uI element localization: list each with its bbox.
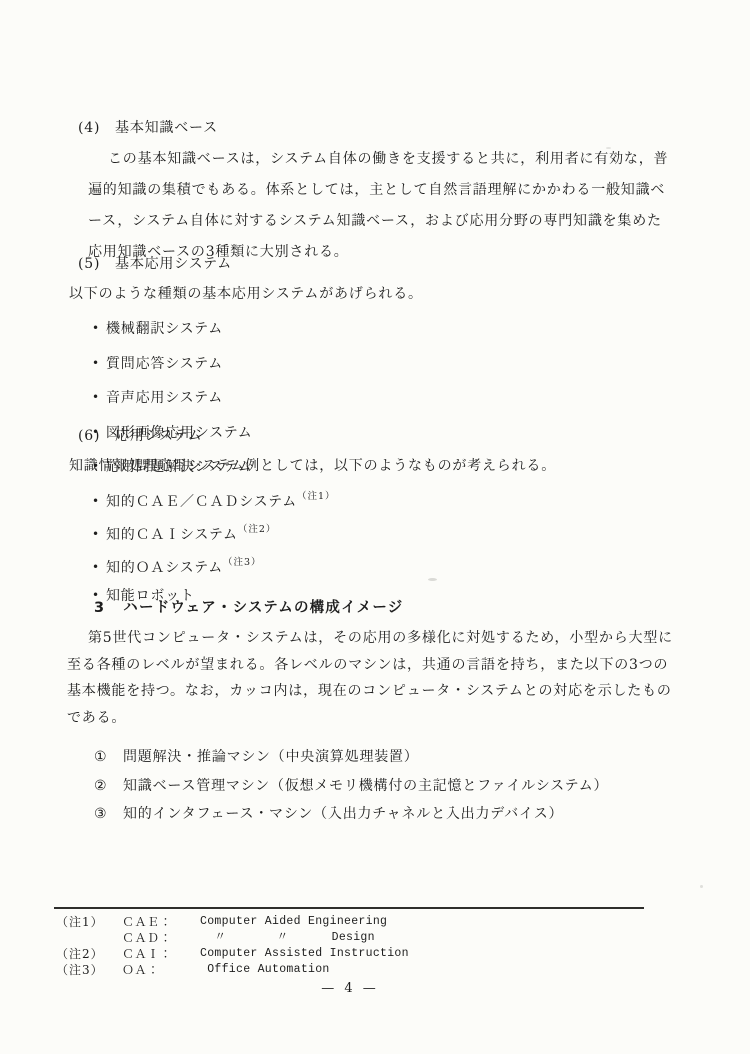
footnote-term: ＣＡＩ： (122, 946, 200, 962)
list-item-label: 音声応用システム (106, 390, 223, 406)
list-item: •質問応答システム (92, 347, 704, 382)
paragraph-line: ース，システム自体に対するシステム知識ベース，および応用分野の専門知識を集めた (88, 206, 704, 237)
footnote-label: （注2） (56, 946, 122, 962)
list-item-label: 知的ＣＡＥ／ＣＡＤシステム (106, 494, 297, 510)
section-5-lead: 以下のような種類の基本応用システムがあげられる。 (69, 280, 704, 309)
page-number: — 4 — (0, 981, 700, 996)
footnote-row: （注2） ＣＡＩ： Computer Assisted Instruction (56, 946, 409, 962)
numbered-item-label: 問題解決・推論マシン（中央演算処理装置） (123, 749, 419, 765)
footnote-reference: （注1） (297, 491, 336, 502)
list-item: •音声応用システム (92, 381, 704, 416)
numbered-item-label: 知識ベース管理マシン（仮想メモリ機構付の主記憶とファイルシステム） (123, 778, 608, 794)
footnote-label: （注3） (56, 962, 122, 978)
footnote-row: （注3） ＯＡ： Office Automation (56, 962, 409, 978)
paragraph-line: 第5世代コンピュータ・システムは，その応用の多様化に対処するため，小型から大型に (88, 625, 714, 652)
paragraph-line: この基本知識ベースは，システム自体の働きを支援すると共に，利用者に有効な，普 (108, 144, 704, 175)
section-4-heading: (4) 基本知識ベース (78, 112, 704, 144)
footnote-label: （注1） (56, 914, 122, 930)
footnote-definition: Office Automation (200, 962, 330, 978)
footnote-label (56, 930, 122, 946)
bullet-icon: • (92, 381, 106, 415)
bullet-icon: • (92, 347, 106, 381)
bullet-list: •知的ＣＡＥ／ＣＡＤシステム（注1） •知的ＣＡＩシステム（注2） •知的ＯＡシ… (64, 483, 704, 610)
footnote-row: （注1） ＣＡＥ： Computer Aided Engineering (56, 914, 409, 930)
paragraph-line: 遍的知識の集積でもある。体系としては，主として自然言語理解にかかわる一般知識ベ (88, 175, 704, 206)
numbered-item: ③知的インタフェース・マシン（入出力チャネルと入出力デバイス） (94, 800, 714, 829)
section-6-application-systems: (6) 応用システム 知識情報処理応用システム例としては，以下のようなものが考え… (64, 420, 704, 610)
section-4-basic-knowledge-base: (4) 基本知識ベース この基本知識ベースは，システム自体の働きを支援すると共に… (64, 112, 704, 268)
list-item-label: 質問応答システム (106, 356, 223, 372)
numbered-list: ①問題解決・推論マシン（中央演算処理装置） ②知識ベース管理マシン（仮想メモリ機… (64, 743, 714, 829)
paragraph-line: である。 (67, 705, 714, 732)
scan-speck (700, 885, 703, 888)
footnote-term: ＣＡＤ： (122, 930, 200, 946)
scan-speck (428, 578, 437, 581)
section-6-lead: 知識情報処理応用システム例としては，以下のようなものが考えられる。 (69, 452, 704, 481)
bullet-icon: • (92, 312, 106, 346)
list-item: •知的ＯＡシステム（注3） (92, 549, 704, 582)
list-item-label: 機械翻訳システム (106, 321, 223, 337)
section-5-heading: (5) 基本応用システム (78, 248, 704, 280)
document-scan-page: (4) 基本知識ベース この基本知識ベースは，システム自体の働きを支援すると共に… (0, 0, 750, 1054)
section-6-heading: (6) 応用システム (78, 420, 704, 452)
list-item: •機械翻訳システム (92, 312, 704, 347)
footnote-term: ＣＡＥ： (122, 914, 200, 930)
list-item: •知的ＣＡＥ／ＣＡＤシステム（注1） (92, 483, 704, 516)
footnote-definition: 〃 〃 Design (200, 930, 375, 946)
bullet-icon: • (92, 554, 106, 581)
section-3-number: 3 (94, 600, 105, 616)
footnote-reference: （注3） (223, 557, 262, 568)
footnote-row: ＣＡＤ： 〃 〃 Design (56, 930, 409, 946)
numbered-item: ②知識ベース管理マシン（仮想メモリ機構付の主記憶とファイルシステム） (94, 772, 714, 801)
circled-number-icon: ① (94, 743, 111, 772)
list-item-label: 知的ＣＡＩシステム (106, 527, 238, 543)
section-3-hardware-system-image: 3ハードウェア・システムの構成イメージ 第5世代コンピュータ・システムは，その応… (64, 592, 714, 829)
list-item: •知的ＣＡＩシステム（注2） (92, 516, 704, 549)
numbered-item: ①問題解決・推論マシン（中央演算処理装置） (94, 743, 714, 772)
section-3-title: ハードウェア・システムの構成イメージ (123, 600, 403, 616)
footnote-definition: Computer Assisted Instruction (200, 946, 409, 962)
footnotes-block: （注1） ＣＡＥ： Computer Aided Engineering ＣＡＤ… (56, 914, 409, 978)
circled-number-icon: ③ (94, 800, 111, 829)
bullet-icon: • (92, 521, 106, 548)
paragraph-line: 至る各種のレベルが望まれる。各レベルのマシンは，共通の言語を持ち，また以下の3つ… (67, 652, 714, 679)
scan-speck (606, 147, 611, 149)
section-3-heading: 3ハードウェア・システムの構成イメージ (94, 592, 714, 625)
list-item-label: 知的ＯＡシステム (106, 560, 223, 576)
footnote-term: ＯＡ： (122, 962, 200, 978)
paragraph-line: 基本機能を持つ。なお，カッコ内は，現在のコンピュータ・システムとの対応を示したも… (67, 678, 714, 705)
footnote-divider-line (54, 907, 644, 909)
footnote-definition: Computer Aided Engineering (200, 914, 387, 930)
footnote-reference: （注2） (238, 524, 277, 535)
numbered-item-label: 知的インタフェース・マシン（入出力チャネルと入出力デバイス） (123, 806, 563, 822)
circled-number-icon: ② (94, 772, 111, 801)
bullet-icon: • (92, 488, 106, 515)
